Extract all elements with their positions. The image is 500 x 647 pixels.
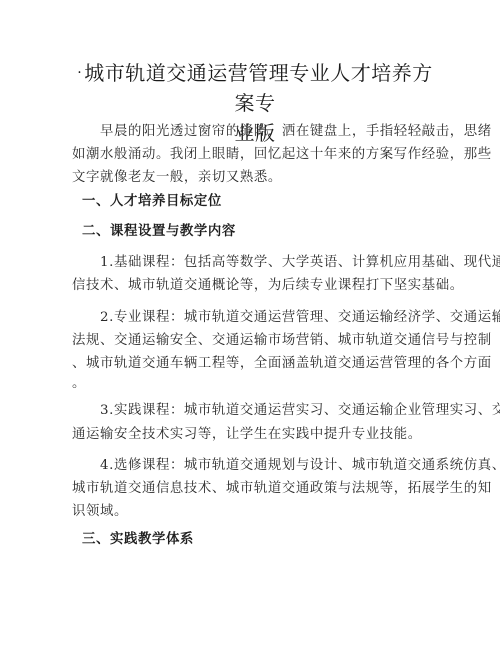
item2-line-4: 。 (72, 374, 448, 394)
intro-line-1: 早晨的阳光透过窗帘的缝隙，洒在键盘上，手指轻轻敲击，思绪 (72, 122, 476, 142)
section-heading-1: 一、人才培养目标定位 (72, 192, 458, 212)
section-heading-3: 三、实践教学体系 (72, 530, 458, 550)
item3-line-2: 通运输安全技术实习等，让学生在实践中提升专业技能。 (72, 425, 448, 445)
section-heading-2: 二、课程设置与教学内容 (72, 222, 458, 242)
item3-line-1: 3.实践课程：城市轨道交通运营实习、交通运输企业管理实习、交 (72, 401, 476, 421)
item1-line-1: 1.基础课程：包括高等数学、大学英语、计算机应用基础、现代通 (72, 253, 476, 273)
document-page: ·城市轨道交通运营管理专业人才培养方案专 业版 早晨的阳光透过窗帘的缝隙，洒在键… (0, 0, 500, 647)
item2-line-3: 、城市轨道交通车辆工程等，全面涵盖轨道交通运营管理的各个方面 (72, 354, 448, 374)
item2-line-2: 法规、交通运输安全、交通运输市场营销、城市轨道交通信号与控制 (72, 331, 448, 351)
intro-line-2: 如潮水般涌动。我闭上眼睛，回忆起这十年来的方案写作经验，那些 (72, 145, 448, 165)
item1-line-2: 信技术、城市轨道交通概论等，为后续专业课程打下坚实基础。 (72, 276, 448, 296)
item2-line-1: 2.专业课程：城市轨道交通运营管理、交通运输经济学、交通运输 (72, 308, 476, 328)
item4-line-1: 4.选修课程：城市轨道交通规划与设计、城市轨道交通系统仿真、 (72, 456, 476, 476)
item4-line-3: 识领域。 (72, 502, 448, 522)
item4-line-2: 城市轨道交通信息技术、城市轨道交通政策与法规等，拓展学生的知 (72, 479, 448, 499)
title-bullet: · (77, 65, 82, 81)
title-line-1: 城市轨道交通运营管理专业人才培养方案专 (84, 61, 433, 115)
intro-line-3: 文字就像老友一般，亲切又熟悉。 (72, 168, 448, 188)
